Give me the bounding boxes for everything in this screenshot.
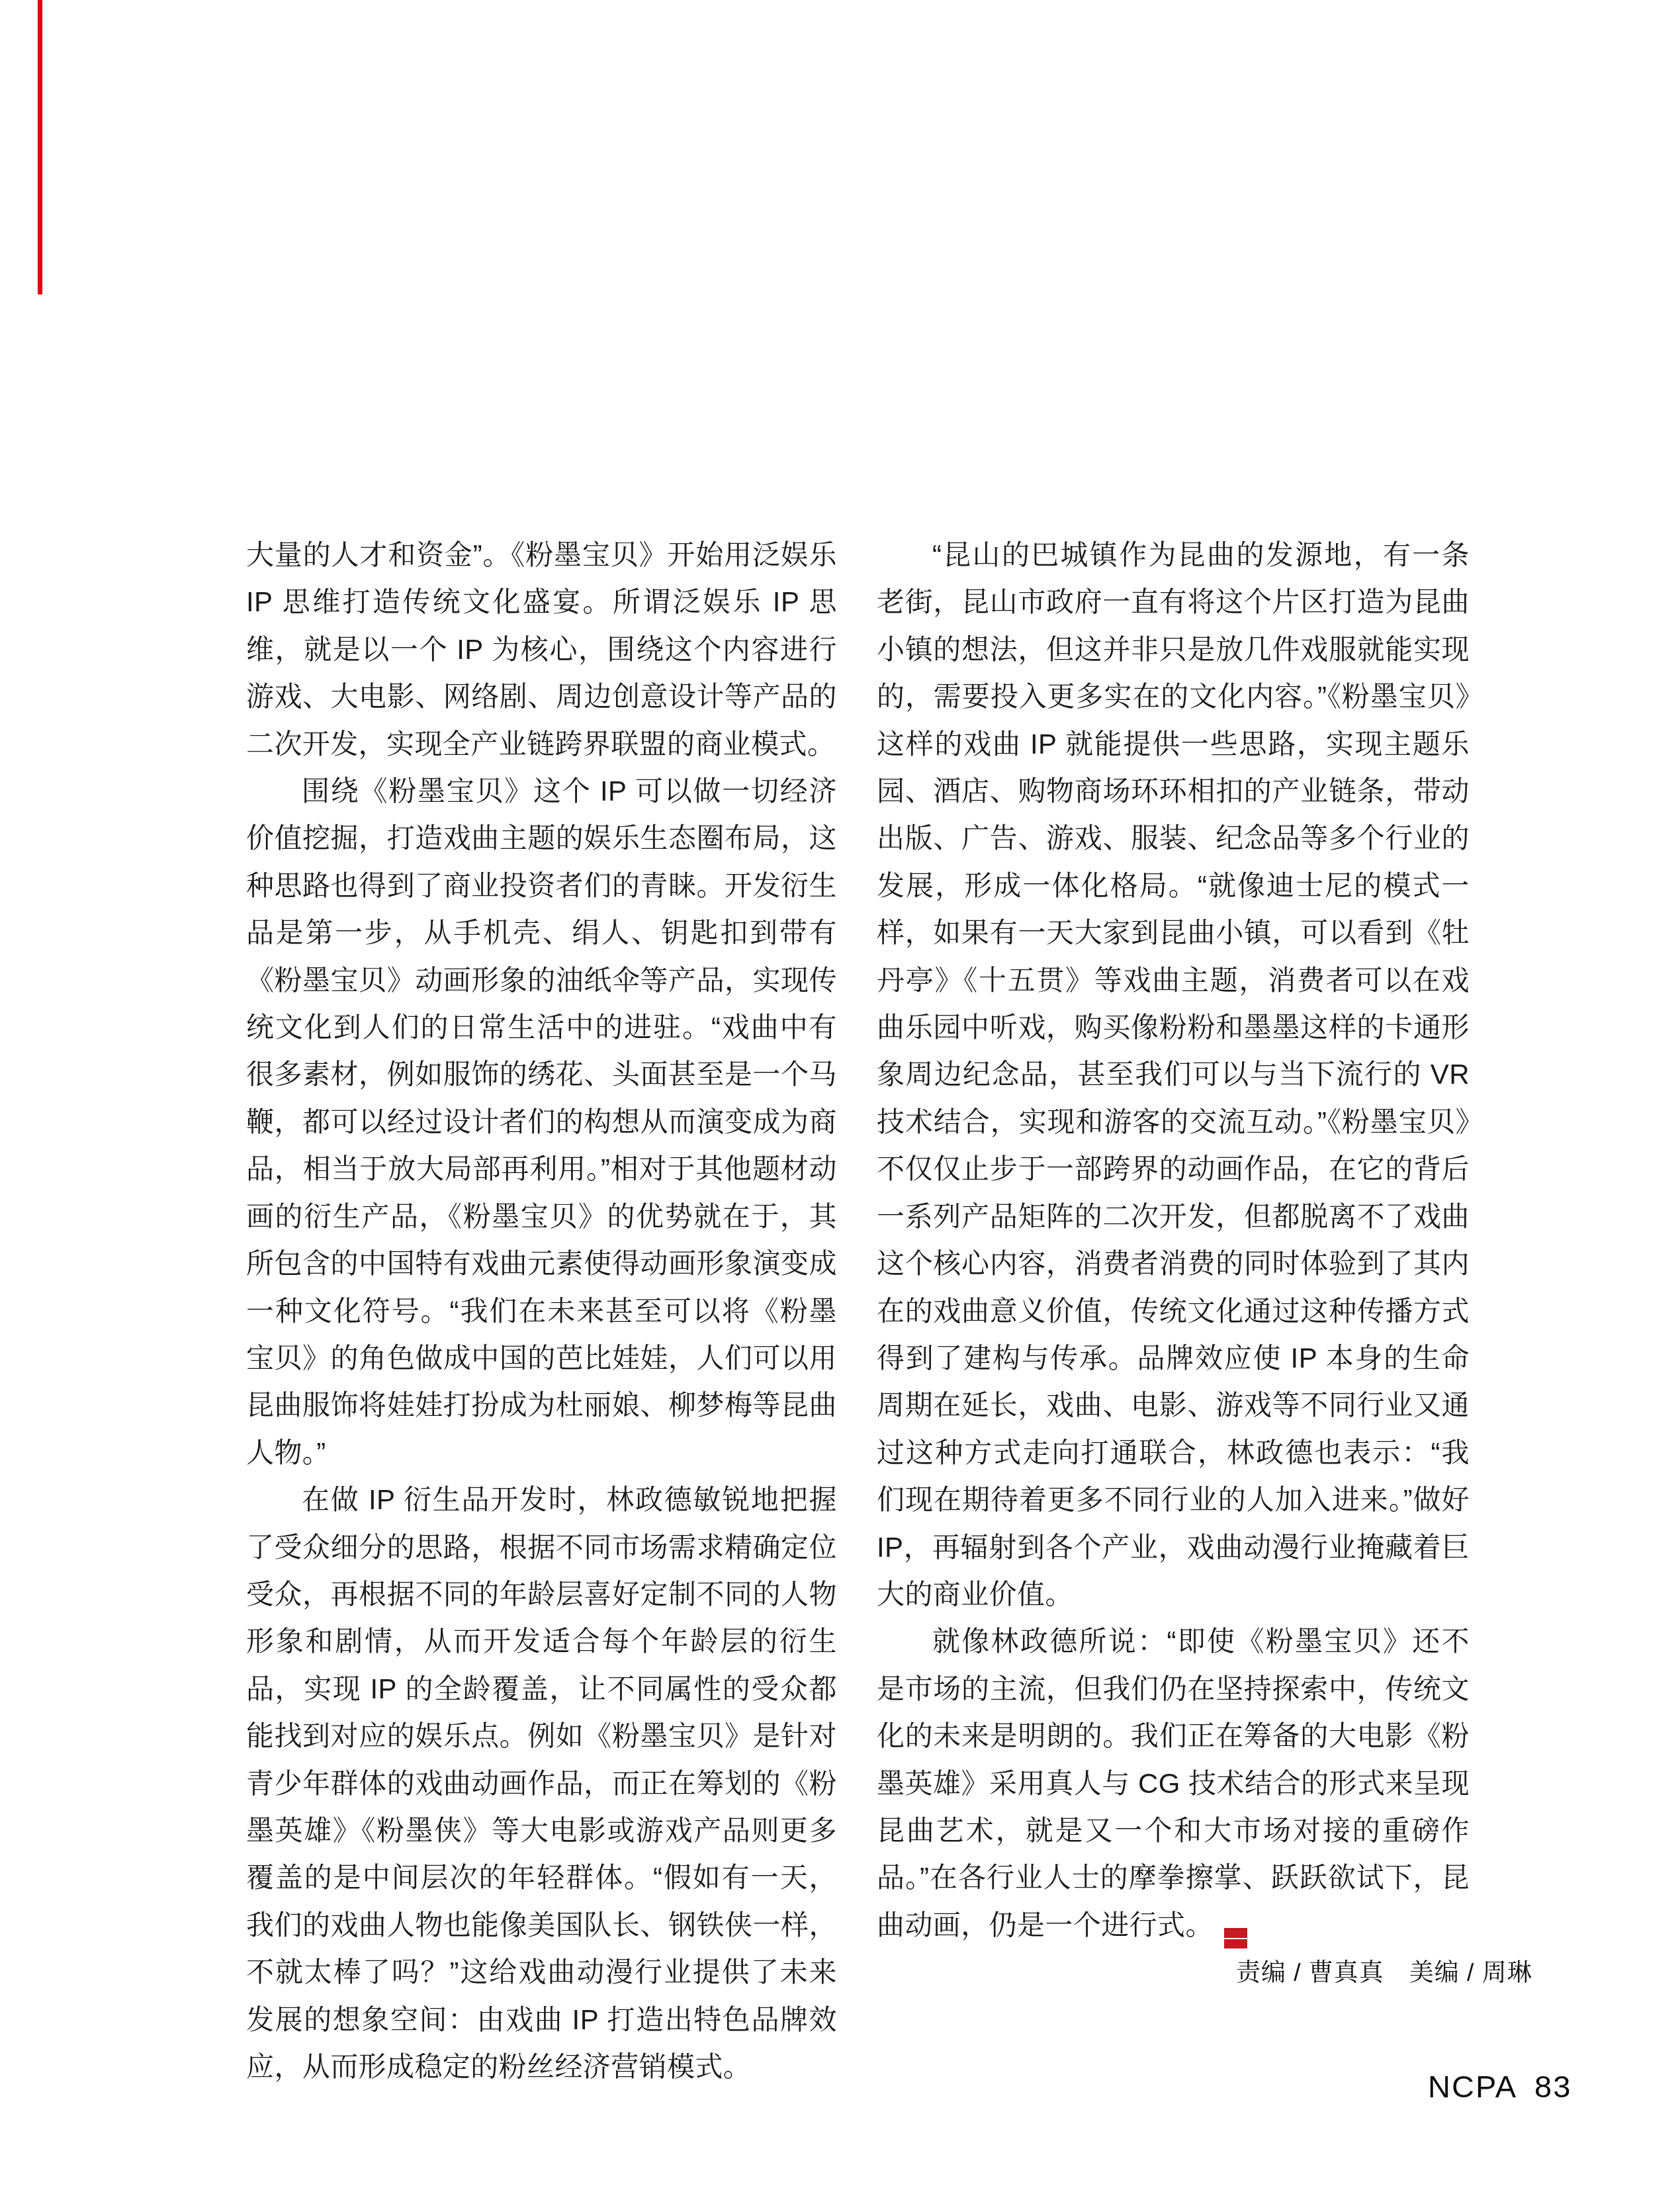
page-number: NCPA83 <box>1428 2070 1571 2104</box>
editor-credits: 责编 / 曹真真 美编 / 周琳 <box>1236 1957 1532 1989</box>
page-number-value: 83 <box>1534 2069 1571 2104</box>
body-paragraph: 围绕《粉墨宝贝》这个 IP 可以做一切经济价值挖掘，打造戏曲主题的娱乐生态圈布局… <box>246 767 837 1476</box>
body-paragraph-text: 就像林政德所说：“即使《粉墨宝贝》还不是市场的主流，但我们仍在坚持探索中，传统文… <box>877 1626 1470 1940</box>
body-paragraph: 大量的人才和资金”。《粉墨宝贝》开始用泛娱乐 IP 思维打造传统文化盛宴。所谓泛… <box>246 531 837 767</box>
stamp-line-1: NC <box>1201 1929 1270 1939</box>
right-text-column: “昆山的巴城镇作为昆曲的发源地，有一条老街，昆山市政府一直有将这个片区打造为昆曲… <box>877 531 1470 1948</box>
body-paragraph: “昆山的巴城镇作为昆曲的发源地，有一条老街，昆山市政府一直有将这个片区打造为昆曲… <box>877 531 1470 1618</box>
magazine-page: 大量的人才和资金”。《粉墨宝贝》开始用泛娱乐 IP 思维打造传统文化盛宴。所谓泛… <box>0 0 1680 2188</box>
stamp-line-2: PA <box>1202 1939 1270 1948</box>
body-paragraph: 在做 IP 衍生品开发时，林政德敏锐地把握了受众细分的思路，根据不同市场需求精确… <box>246 1476 837 2090</box>
ncpa-end-mark-stamp-icon: NCPA <box>1224 1928 1247 1948</box>
brand-label: NCPA <box>1428 2069 1517 2104</box>
red-registration-mark <box>38 0 42 294</box>
body-paragraph: 就像林政德所说：“即使《粉墨宝贝》还不是市场的主流，但我们仍在坚持探索中，传统文… <box>877 1618 1470 1948</box>
left-text-column: 大量的人才和资金”。《粉墨宝贝》开始用泛娱乐 IP 思维打造传统文化盛宴。所谓泛… <box>246 531 837 2090</box>
